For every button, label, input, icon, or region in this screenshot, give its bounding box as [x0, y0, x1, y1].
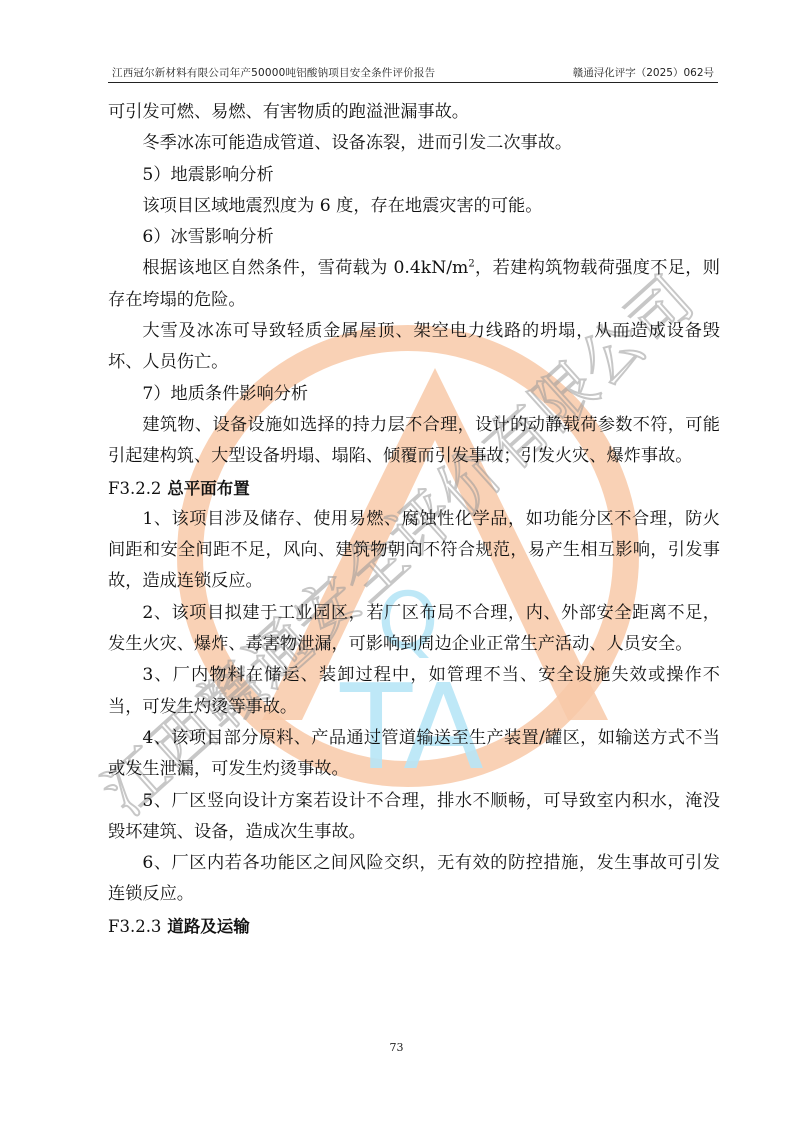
header-doc-number: 赣通浔化评字（2025）062号 — [573, 66, 714, 80]
header-report-title: 江西冠尔新材料有限公司年产50000吨铝酸钠项目安全条件评价报告 — [112, 66, 435, 80]
subheading-geology: 7）地质条件影响分析 — [108, 379, 720, 410]
page-number: 73 — [0, 1041, 793, 1054]
section-number: F3.2.2 — [108, 479, 161, 498]
section-heading-f323: F3.2.3 道路及运输 — [108, 911, 720, 942]
paragraph: 该项目区域地震烈度为 6 度，存在地震灾害的可能。 — [108, 191, 720, 222]
section-number: F3.2.3 — [108, 917, 161, 936]
list-item: 1、该项目涉及储存、使用易燃、腐蚀性化学品，如功能分区不合理，防火间距和安全间距… — [108, 504, 720, 598]
page-header: 江西冠尔新材料有限公司年产50000吨铝酸钠项目安全条件评价报告 赣通浔化评字（… — [108, 66, 718, 83]
paragraph: 大雪及冰冻可导致轻质金属屋顶、架空电力线路的坍塌，从而造成设备毁坏、人员伤亡。 — [108, 316, 720, 379]
section-heading-f322: F3.2.2 总平面布置 — [108, 473, 720, 504]
list-item: 5、厂区竖向设计方案若设计不合理，排水不顺畅，可导致室内积水，淹没毁坏建筑、设备… — [108, 786, 720, 849]
document-body: 可引发可燃、易燃、有害物质的跑溢泄漏事故。 冬季冰冻可能造成管道、设备冻裂，进而… — [108, 97, 720, 942]
paragraph: 建筑物、设备设施如选择的持力层不合理，设计的动静载荷参数不符，可能引起建构筑、大… — [108, 410, 720, 473]
list-item: 2、该项目拟建于工业园区，若厂区布局不合理，内、外部安全距离不足，发生火灾、爆炸… — [108, 598, 720, 661]
paragraph-snow-load: 根据该地区自然条件，雪荷载为 0.4kN/m2，若建构筑物载荷强度不足，则存在垮… — [108, 253, 720, 316]
subheading-snow-ice: 6）冰雪影响分析 — [108, 222, 720, 253]
section-title: 道路及运输 — [167, 917, 250, 936]
list-item: 4、该项目部分原料、产品通过管道输送至生产装置/罐区，如输送方式不当或发生泄漏，… — [108, 723, 720, 786]
subheading-earthquake: 5）地震影响分析 — [108, 160, 720, 191]
paragraph: 可引发可燃、易燃、有害物质的跑溢泄漏事故。 — [108, 97, 720, 128]
section-title: 总平面布置 — [167, 479, 250, 498]
list-item: 6、厂区内若各功能区之间风险交织，无有效的防控措施，发生事故可引发连锁反应。 — [108, 848, 720, 911]
text: 根据该地区自然条件，雪荷载为 0.4kN/m — [142, 258, 468, 278]
paragraph: 冬季冰冻可能造成管道、设备冻裂，进而引发二次事故。 — [108, 128, 720, 159]
list-item: 3、厂内物料在储运、装卸过程中，如管理不当、安全设施失效或操作不当，可发生灼烫等… — [108, 660, 720, 723]
